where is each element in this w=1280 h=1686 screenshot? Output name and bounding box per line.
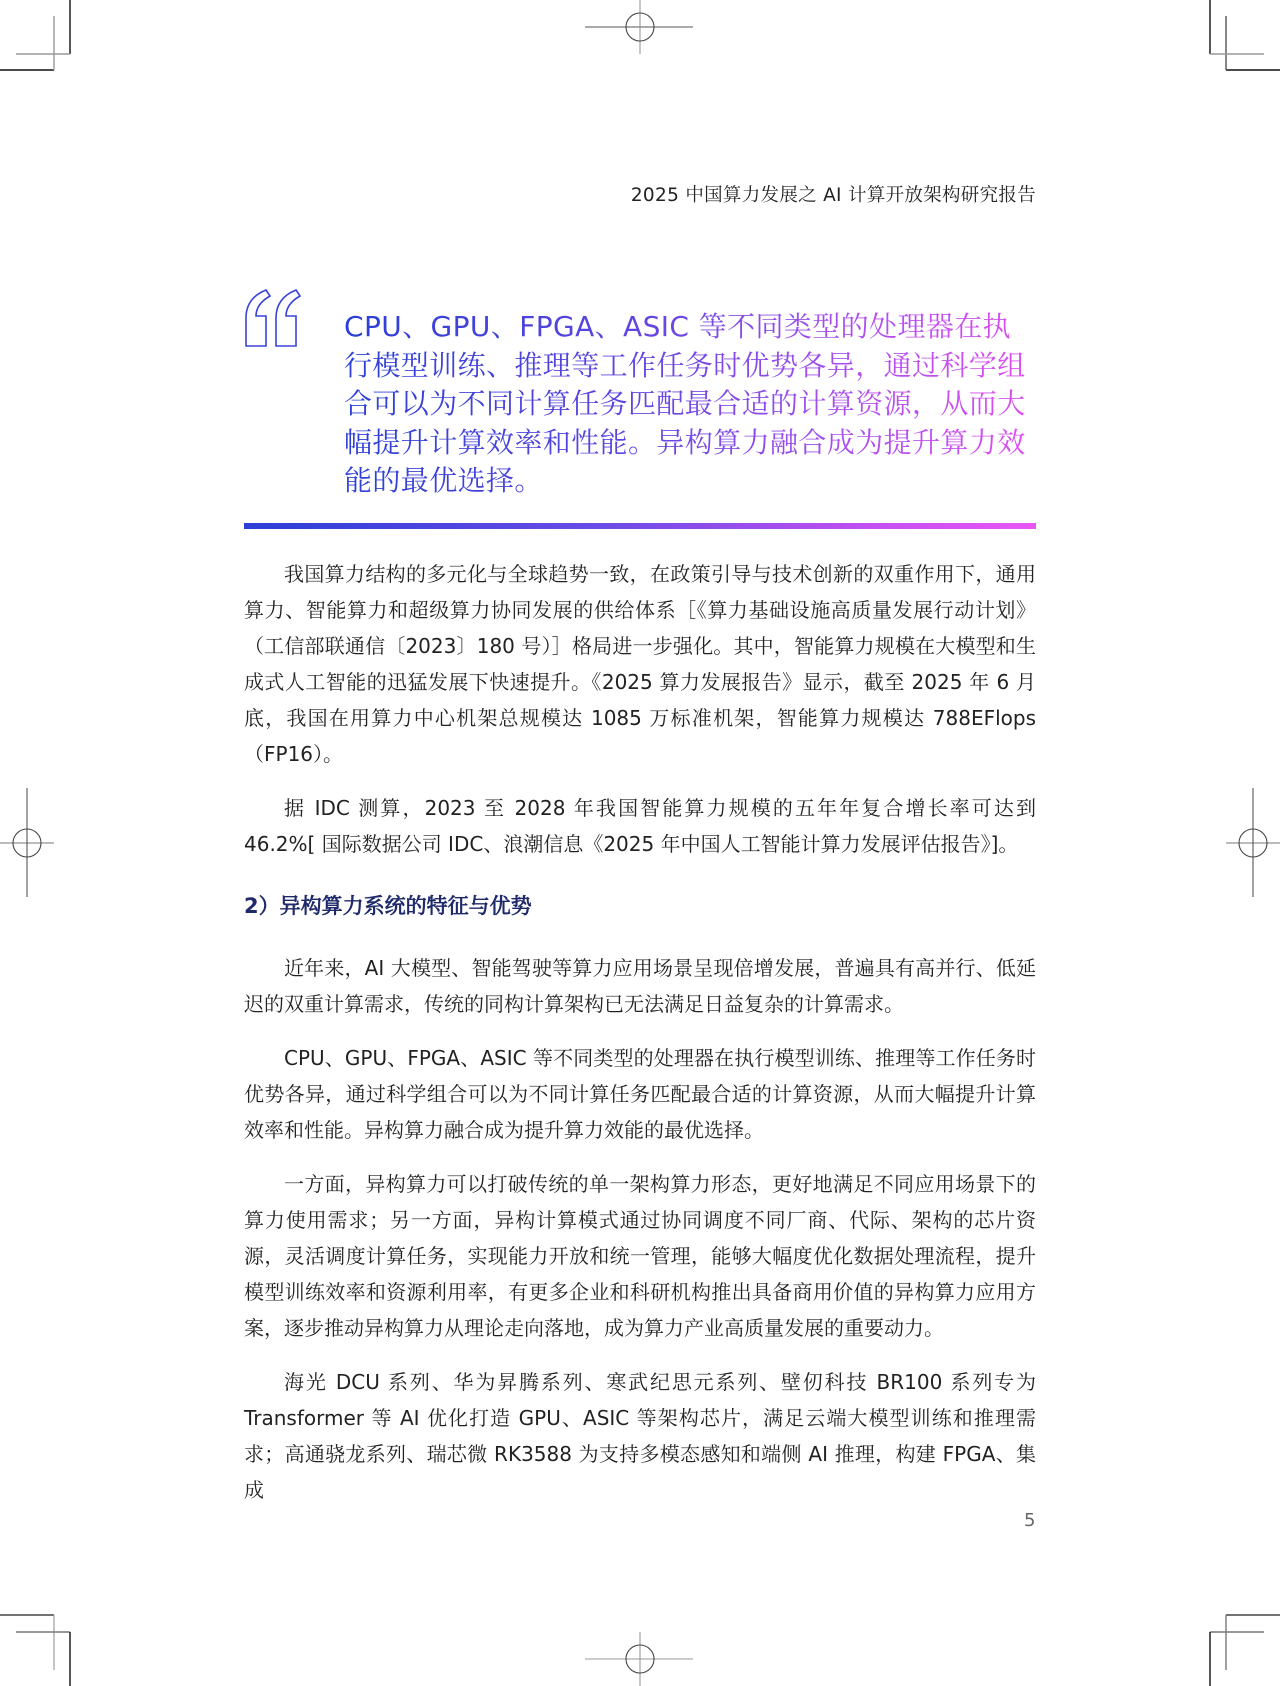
- section-heading: 2）异构算力系统的特征与优势: [244, 891, 532, 921]
- paragraph-application-scenarios: 近年来，AI 大模型、智能驾驶等算力应用场景呈现倍增发展，普遍具有高并行、低延迟…: [244, 950, 1036, 1022]
- quote-open-icon: [244, 288, 304, 348]
- paragraph-idc-forecast: 据 IDC 测算，2023 至 2028 年我国智能算力规模的五年年复合增长率可…: [244, 790, 1036, 862]
- running-header-title: 2025 中国算力发展之 AI 计算开放架构研究报告: [631, 181, 1036, 207]
- paragraph-chip-examples: 海光 DCU 系列、华为昇腾系列、寒武纪思元系列、壁仞科技 BR100 系列专为…: [244, 1364, 1036, 1508]
- registration-mark-bottom: [585, 1632, 693, 1686]
- gradient-divider: [244, 523, 1036, 529]
- registration-mark-top: [585, 0, 693, 54]
- body-section-2: 近年来，AI 大模型、智能驾驶等算力应用场景呈现倍增发展，普遍具有高并行、低延迟…: [244, 950, 1036, 1508]
- crop-mark-bottom-right: [1210, 1615, 1280, 1686]
- page-number: 5: [1024, 1510, 1035, 1531]
- registration-mark-left: [0, 788, 54, 897]
- pull-quote-text: CPU、GPU、FPGA、ASIC 等不同类型的处理器在执行模型训练、推理等工作…: [344, 308, 1038, 501]
- crop-mark-bottom-left: [0, 1615, 70, 1686]
- paragraph-heterogeneous-benefits: 一方面，异构算力可以打破传统的单一架构算力形态，更好地满足不同应用场景下的算力使…: [244, 1166, 1036, 1346]
- crop-mark-top-right: [1210, 0, 1280, 70]
- crop-mark-top-left: [0, 0, 70, 70]
- body-section-1: 我国算力结构的多元化与全球趋势一致，在政策引导与技术创新的双重作用下，通用算力、…: [244, 556, 1036, 862]
- paragraph-processor-types: CPU、GPU、FPGA、ASIC 等不同类型的处理器在执行模型训练、推理等工作…: [244, 1040, 1036, 1148]
- registration-mark-right: [1226, 788, 1280, 897]
- paragraph-computing-structure: 我国算力结构的多元化与全球趋势一致，在政策引导与技术创新的双重作用下，通用算力、…: [244, 556, 1036, 772]
